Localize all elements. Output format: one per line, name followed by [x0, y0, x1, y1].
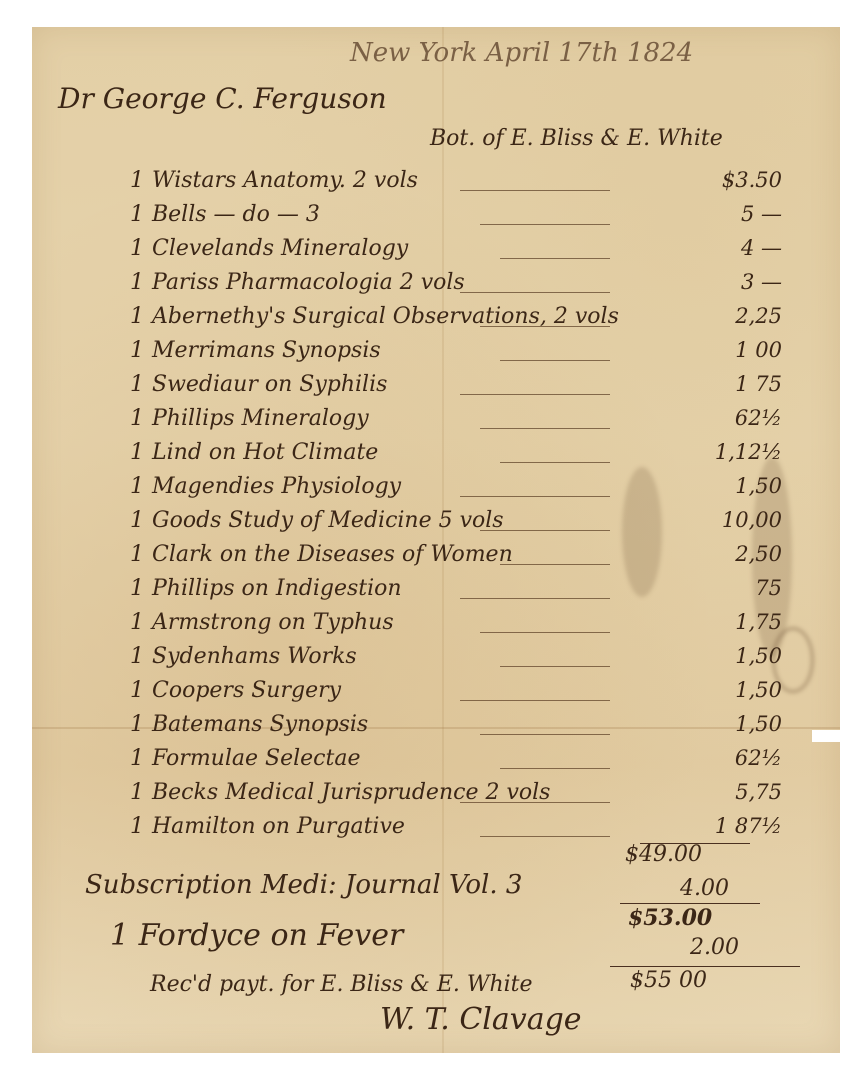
item-row: 1Bells — do — 35 — [130, 202, 782, 236]
item-leader-line [460, 292, 610, 293]
item-row: 1Batemans Synopsis1,50 [130, 712, 782, 746]
item-qty: 1 [130, 508, 144, 533]
item-title: Pariss Pharmacologia 2 vols [152, 270, 465, 295]
item-title: Phillips Mineralogy [152, 406, 369, 431]
item-title: Hamilton on Purgative [152, 814, 405, 839]
subscription-line: Subscription Medi: Journal Vol. 3 [85, 870, 522, 900]
item-price: 62½ [682, 746, 782, 770]
item-leader-line [480, 836, 610, 837]
item-leader-line [460, 598, 610, 599]
item-leader-line [500, 462, 610, 463]
item-leader-line [480, 326, 610, 327]
item-title: Clark on the Diseases of Women [152, 542, 513, 567]
fordyce-price: 2.00 [690, 935, 739, 960]
item-row: 1Lind on Hot Climate1,12½ [130, 440, 782, 474]
item-row: 1Coopers Surgery1,50 [130, 678, 782, 712]
item-qty: 1 [130, 610, 144, 635]
item-row: 1Merrimans Synopsis1 00 [130, 338, 782, 372]
recipient-name: Dr George C. Ferguson [58, 82, 387, 115]
item-title: Bells — do — 3 [152, 202, 320, 227]
item-row: 1Becks Medical Jurisprudence 2 vols5,75 [130, 780, 782, 814]
item-leader-line [500, 360, 610, 361]
item-leader-line [460, 190, 610, 191]
item-qty: 1 [130, 202, 144, 227]
item-qty: 1 [130, 780, 144, 805]
item-title: Coopers Surgery [152, 678, 341, 703]
grand-total: $55 00 [630, 968, 707, 993]
item-price: 10,00 [682, 508, 782, 532]
item-title: Phillips on Indigestion [152, 576, 402, 601]
seller-line: Bot. of E. Bliss & E. White [430, 126, 723, 151]
item-leader-line [480, 632, 610, 633]
item-price: 5,75 [682, 780, 782, 804]
item-leader-line [500, 258, 610, 259]
item-qty: 1 [130, 814, 144, 839]
item-qty: 1 [130, 372, 144, 397]
item-title: Lind on Hot Climate [152, 440, 378, 465]
item-leader-line [480, 530, 610, 531]
item-title: Clevelands Mineralogy [152, 236, 408, 261]
item-qty: 1 [130, 440, 144, 465]
item-qty: 1 [130, 746, 144, 771]
item-qty: 1 [130, 168, 144, 193]
item-row: 1Goods Study of Medicine 5 vols10,00 [130, 508, 782, 542]
item-leader-line [460, 394, 610, 395]
item-leader-line [500, 666, 610, 667]
item-row: 1Swediaur on Syphilis1 75 [130, 372, 782, 406]
item-price: 1 00 [682, 338, 782, 362]
item-leader-line [480, 428, 610, 429]
sum-rule [610, 966, 800, 967]
item-price: 4 — [682, 236, 782, 260]
item-price: $3.50 [682, 168, 782, 192]
subtotal-2: $53.00 [628, 905, 712, 931]
item-qty: 1 [130, 576, 144, 601]
receipt-line: Rec'd payt. for E. Bliss & E. White [150, 972, 533, 997]
item-price: 1,75 [682, 610, 782, 634]
item-leader-line [480, 734, 610, 735]
item-qty: 1 [130, 270, 144, 295]
item-qty: 1 [130, 542, 144, 567]
item-row: 1Clevelands Mineralogy4 — [130, 236, 782, 270]
subtotal-1: $49.00 [625, 842, 702, 867]
item-leader-line [460, 802, 610, 803]
signature: W. T. Clavage [380, 1002, 582, 1037]
item-leader-line [500, 564, 610, 565]
item-title: Swediaur on Syphilis [152, 372, 387, 397]
item-price: 1,12½ [682, 440, 782, 464]
item-price: 1 87½ [682, 814, 782, 838]
item-qty: 1 [130, 304, 144, 329]
item-title: Armstrong on Typhus [152, 610, 394, 635]
item-price: 75 [682, 576, 782, 600]
item-qty: 1 [130, 474, 144, 499]
item-row: 1Abernethy's Surgical Observations, 2 vo… [130, 304, 782, 338]
item-price: 1,50 [682, 474, 782, 498]
item-leader-line [480, 224, 610, 225]
item-price: 62½ [682, 406, 782, 430]
item-price: 1,50 [682, 712, 782, 736]
item-title: Merrimans Synopsis [152, 338, 381, 363]
item-qty: 1 [130, 236, 144, 261]
item-title: Magendies Physiology [152, 474, 401, 499]
item-row: 1Wistars Anatomy. 2 vols$3.50 [130, 168, 782, 202]
item-leader-line [460, 700, 610, 701]
fordyce-line: 1 Fordyce on Fever [110, 918, 403, 953]
item-qty: 1 [130, 712, 144, 737]
place-date: New York April 17th 1824 [350, 38, 693, 68]
item-qty: 1 [130, 338, 144, 363]
item-price: 1 75 [682, 372, 782, 396]
item-leader-line [500, 768, 610, 769]
item-row: 1Formulae Selectae62½ [130, 746, 782, 780]
item-row: 1Phillips Mineralogy62½ [130, 406, 782, 440]
item-row: 1Sydenhams Works1,50 [130, 644, 782, 678]
item-qty: 1 [130, 406, 144, 431]
paper-tear [812, 730, 842, 742]
item-row: 1Pariss Pharmacologia 2 vols3 — [130, 270, 782, 304]
item-title: Goods Study of Medicine 5 vols [152, 508, 504, 533]
item-leader-line [460, 496, 610, 497]
item-qty: 1 [130, 644, 144, 669]
item-title: Wistars Anatomy. 2 vols [152, 168, 418, 193]
item-price: 5 — [682, 202, 782, 226]
item-price: 1,50 [682, 678, 782, 702]
item-price: 1,50 [682, 644, 782, 668]
item-price: 2,25 [682, 304, 782, 328]
item-price: 3 — [682, 270, 782, 294]
item-title: Sydenhams Works [152, 644, 357, 669]
sum-rule [620, 903, 760, 904]
item-price: 2,50 [682, 542, 782, 566]
item-row: 1Armstrong on Typhus1,75 [130, 610, 782, 644]
item-row: 1Clark on the Diseases of Women2,50 [130, 542, 782, 576]
item-row: 1Phillips on Indigestion75 [130, 576, 782, 610]
item-qty: 1 [130, 678, 144, 703]
item-title: Batemans Synopsis [152, 712, 368, 737]
subscription-price: 4.00 [680, 876, 729, 901]
item-title: Formulae Selectae [152, 746, 360, 771]
item-row: 1Magendies Physiology1,50 [130, 474, 782, 508]
